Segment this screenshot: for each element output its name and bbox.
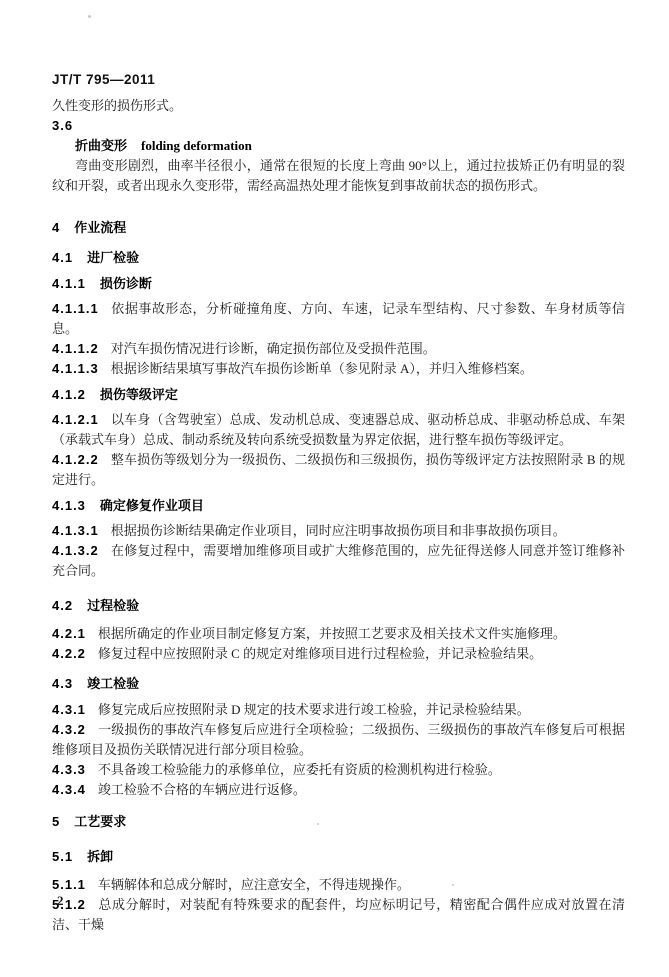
document-body: 久性变形的损伤形式。 3.6 折曲变形folding deformation 弯… — [52, 96, 625, 935]
clause-text: 以车身（含驾驶室）总成、发动机总成、变速器总成、驱动桥总成、非驱动桥总成、车架（… — [52, 412, 625, 447]
clause-number: 4.1.1.2 — [52, 341, 111, 356]
section-heading-5: 5工艺要求 — [52, 812, 625, 832]
clause-4-1-3-1: 4.1.3.1根据损伤诊断结果确定作业项目，同时应注明事故损伤项目和非事故损伤项… — [52, 521, 625, 541]
section-number: 4 — [52, 220, 74, 235]
clause-4-3-2: 4.3.2一级损伤的事故汽车修复后应进行全项检验；二级损伤、三级损伤的事故汽车修… — [52, 720, 625, 760]
clause-4-1-3-2: 4.1.3.2在修复过程中，需要增加维修项目或扩大维修范围的，应先征得送修人同意… — [52, 541, 625, 581]
term-heading: 折曲变形folding deformation — [52, 136, 625, 156]
clause-text: 整车损伤等级划分为一级损伤、二级损伤和三级损伤，损伤等级评定方法按照附录 B 的… — [52, 452, 625, 487]
clause-number: 4.1.2.2 — [52, 452, 111, 467]
section-number: 5 — [52, 814, 74, 829]
clause-4-1-1-2: 4.1.1.2对汽车损伤情况进行诊断，确定损伤部位及受损件范围。 — [52, 339, 625, 359]
clause-4-3-1: 4.3.1修复完成后应按照附录 D 规定的技术要求进行竣工检验，并记录检验结果。 — [52, 700, 625, 720]
clause-text: 一级损伤的事故汽车修复后应进行全项检验；二级损伤、三级损伤的事故汽车修复后可根据… — [52, 722, 625, 757]
clause-number: 4.1.1.1 — [52, 301, 111, 316]
clause-number: 4.3.1 — [52, 702, 98, 717]
term-number: 3.6 — [52, 116, 625, 136]
clause-number: 4.1.1.3 — [52, 361, 111, 376]
clause-number: 4.3.3 — [52, 762, 98, 777]
clause-4-3-3: 4.3.3不具备竣工检验能力的承修单位，应委托有资质的检测机构进行检验。 — [52, 760, 625, 780]
clause-5-1-1: 5.1.1车辆解体和总成分解时，应注意安全，不得违规操作。 — [52, 875, 625, 895]
clause-text: 不具备竣工检验能力的承修单位，应委托有资质的检测机构进行检验。 — [98, 762, 501, 777]
clause-4-2-1: 4.2.1根据所确定的作业项目制定修复方案，并按照工艺要求及相关技术文件实施修理… — [52, 624, 625, 644]
section-heading-4-3: 4.3竣工检验 — [52, 674, 625, 694]
clause-text: 修复完成后应按照附录 D 规定的技术要求进行竣工检验，并记录检验结果。 — [98, 702, 530, 717]
page-number: 2 — [57, 893, 64, 909]
clause-text: 对汽车损伤情况进行诊断，确定损伤部位及受损件范围。 — [111, 341, 436, 356]
clause-text: 在修复过程中，需要增加维修项目或扩大维修范围的，应先征得送修人同意并签订维修补充… — [52, 543, 625, 578]
section-title: 损伤诊断 — [100, 276, 152, 291]
section-title: 进厂检验 — [87, 250, 139, 265]
clause-text: 依据事故形态，分析碰撞角度、方向、车速，记录车型结构、尺寸参数、车身材质等信息。 — [52, 301, 625, 336]
section-number: 5.1 — [52, 849, 87, 864]
clause-text: 根据所确定的作业项目制定修复方案，并按照工艺要求及相关技术文件实施修理。 — [98, 626, 566, 641]
term-title-en: folding deformation — [127, 138, 252, 153]
section-title: 竣工检验 — [87, 676, 139, 691]
section-title: 拆卸 — [87, 849, 113, 864]
section-heading-4-1-3: 4.1.3确定修复作业项目 — [52, 496, 625, 516]
clause-text: 车辆解体和总成分解时，应注意安全，不得违规操作。 — [98, 877, 410, 892]
clause-number: 4.1.2.1 — [52, 412, 111, 427]
document-page: JT/T 795—2011 久性变形的损伤形式。 3.6 折曲变形folding… — [0, 0, 669, 977]
section-number: 4.1 — [52, 250, 87, 265]
clause-number: 5.1.1 — [52, 877, 98, 892]
section-title: 工艺要求 — [74, 814, 126, 829]
clause-4-1-1-3: 4.1.1.3根据诊断结果填写事故汽车损伤诊断单（参见附录 A），并归入维修档案… — [52, 359, 625, 379]
scan-speckle — [88, 15, 91, 18]
section-heading-4-2: 4.2过程检验 — [52, 596, 625, 616]
term-number-text: 3.6 — [52, 118, 73, 133]
section-heading-5-1: 5.1拆卸 — [52, 847, 625, 867]
clause-text: 竣工检验不合格的车辆应进行返修。 — [98, 782, 306, 797]
clause-4-1-2-2: 4.1.2.2整车损伤等级划分为一级损伤、二级损伤和三级损伤，损伤等级评定方法按… — [52, 450, 625, 490]
section-heading-4: 4作业流程 — [52, 218, 625, 238]
clause-number: 4.2.2 — [52, 646, 98, 661]
section-number: 4.2 — [52, 598, 87, 613]
section-heading-4-1-2: 4.1.2损伤等级评定 — [52, 385, 625, 405]
clause-5-1-2: 5.1.2总成分解时，对装配有特殊要求的配套件，均应标明记号，精密配合偶件应成对… — [52, 895, 625, 935]
section-heading-4-1-1: 4.1.1损伤诊断 — [52, 274, 625, 294]
clause-4-1-2-1: 4.1.2.1以车身（含驾驶室）总成、发动机总成、变速器总成、驱动桥总成、非驱动… — [52, 410, 625, 450]
section-title: 作业流程 — [74, 220, 126, 235]
section-number: 4.3 — [52, 676, 87, 691]
clause-text: 根据损伤诊断结果确定作业项目，同时应注明事故损伤项目和非事故损伤项目。 — [111, 523, 566, 538]
standard-number-header: JT/T 795—2011 — [52, 72, 155, 87]
term-definition: 弯曲变形剧烈，曲率半径很小，通常在很短的长度上弯曲 90°以上，通过拉拔矫正仍有… — [52, 156, 625, 196]
clause-text: 根据诊断结果填写事故汽车损伤诊断单（参见附录 A），并归入维修档案。 — [111, 361, 533, 376]
section-title: 确定修复作业项目 — [100, 498, 204, 513]
clause-text: 修复过程中应按照附录 C 的规定对维修项目进行过程检验，并记录检验结果。 — [98, 646, 542, 661]
section-title: 过程检验 — [87, 598, 139, 613]
clause-number: 4.1.3.2 — [52, 543, 111, 558]
section-number: 4.1.3 — [52, 498, 100, 513]
clause-number: 4.3.4 — [52, 782, 98, 797]
clause-number: 4.1.3.1 — [52, 523, 111, 538]
section-heading-4-1: 4.1进厂检验 — [52, 248, 625, 268]
clause-text: 总成分解时，对装配有特殊要求的配套件，均应标明记号，精密配合偶件应成对放置在清洁… — [52, 897, 625, 932]
clause-number: 4.3.2 — [52, 722, 98, 737]
clause-4-1-1-1: 4.1.1.1依据事故形态，分析碰撞角度、方向、车速，记录车型结构、尺寸参数、车… — [52, 299, 625, 339]
clause-4-2-2: 4.2.2修复过程中应按照附录 C 的规定对维修项目进行过程检验，并记录检验结果… — [52, 644, 625, 664]
section-title: 损伤等级评定 — [100, 387, 178, 402]
clause-4-3-4: 4.3.4竣工检验不合格的车辆应进行返修。 — [52, 780, 625, 800]
section-number: 4.1.1 — [52, 276, 100, 291]
term-title-zh: 折曲变形 — [75, 138, 127, 153]
paragraph-continuation: 久性变形的损伤形式。 — [52, 96, 625, 116]
clause-number: 4.2.1 — [52, 626, 98, 641]
section-number: 4.1.2 — [52, 387, 100, 402]
